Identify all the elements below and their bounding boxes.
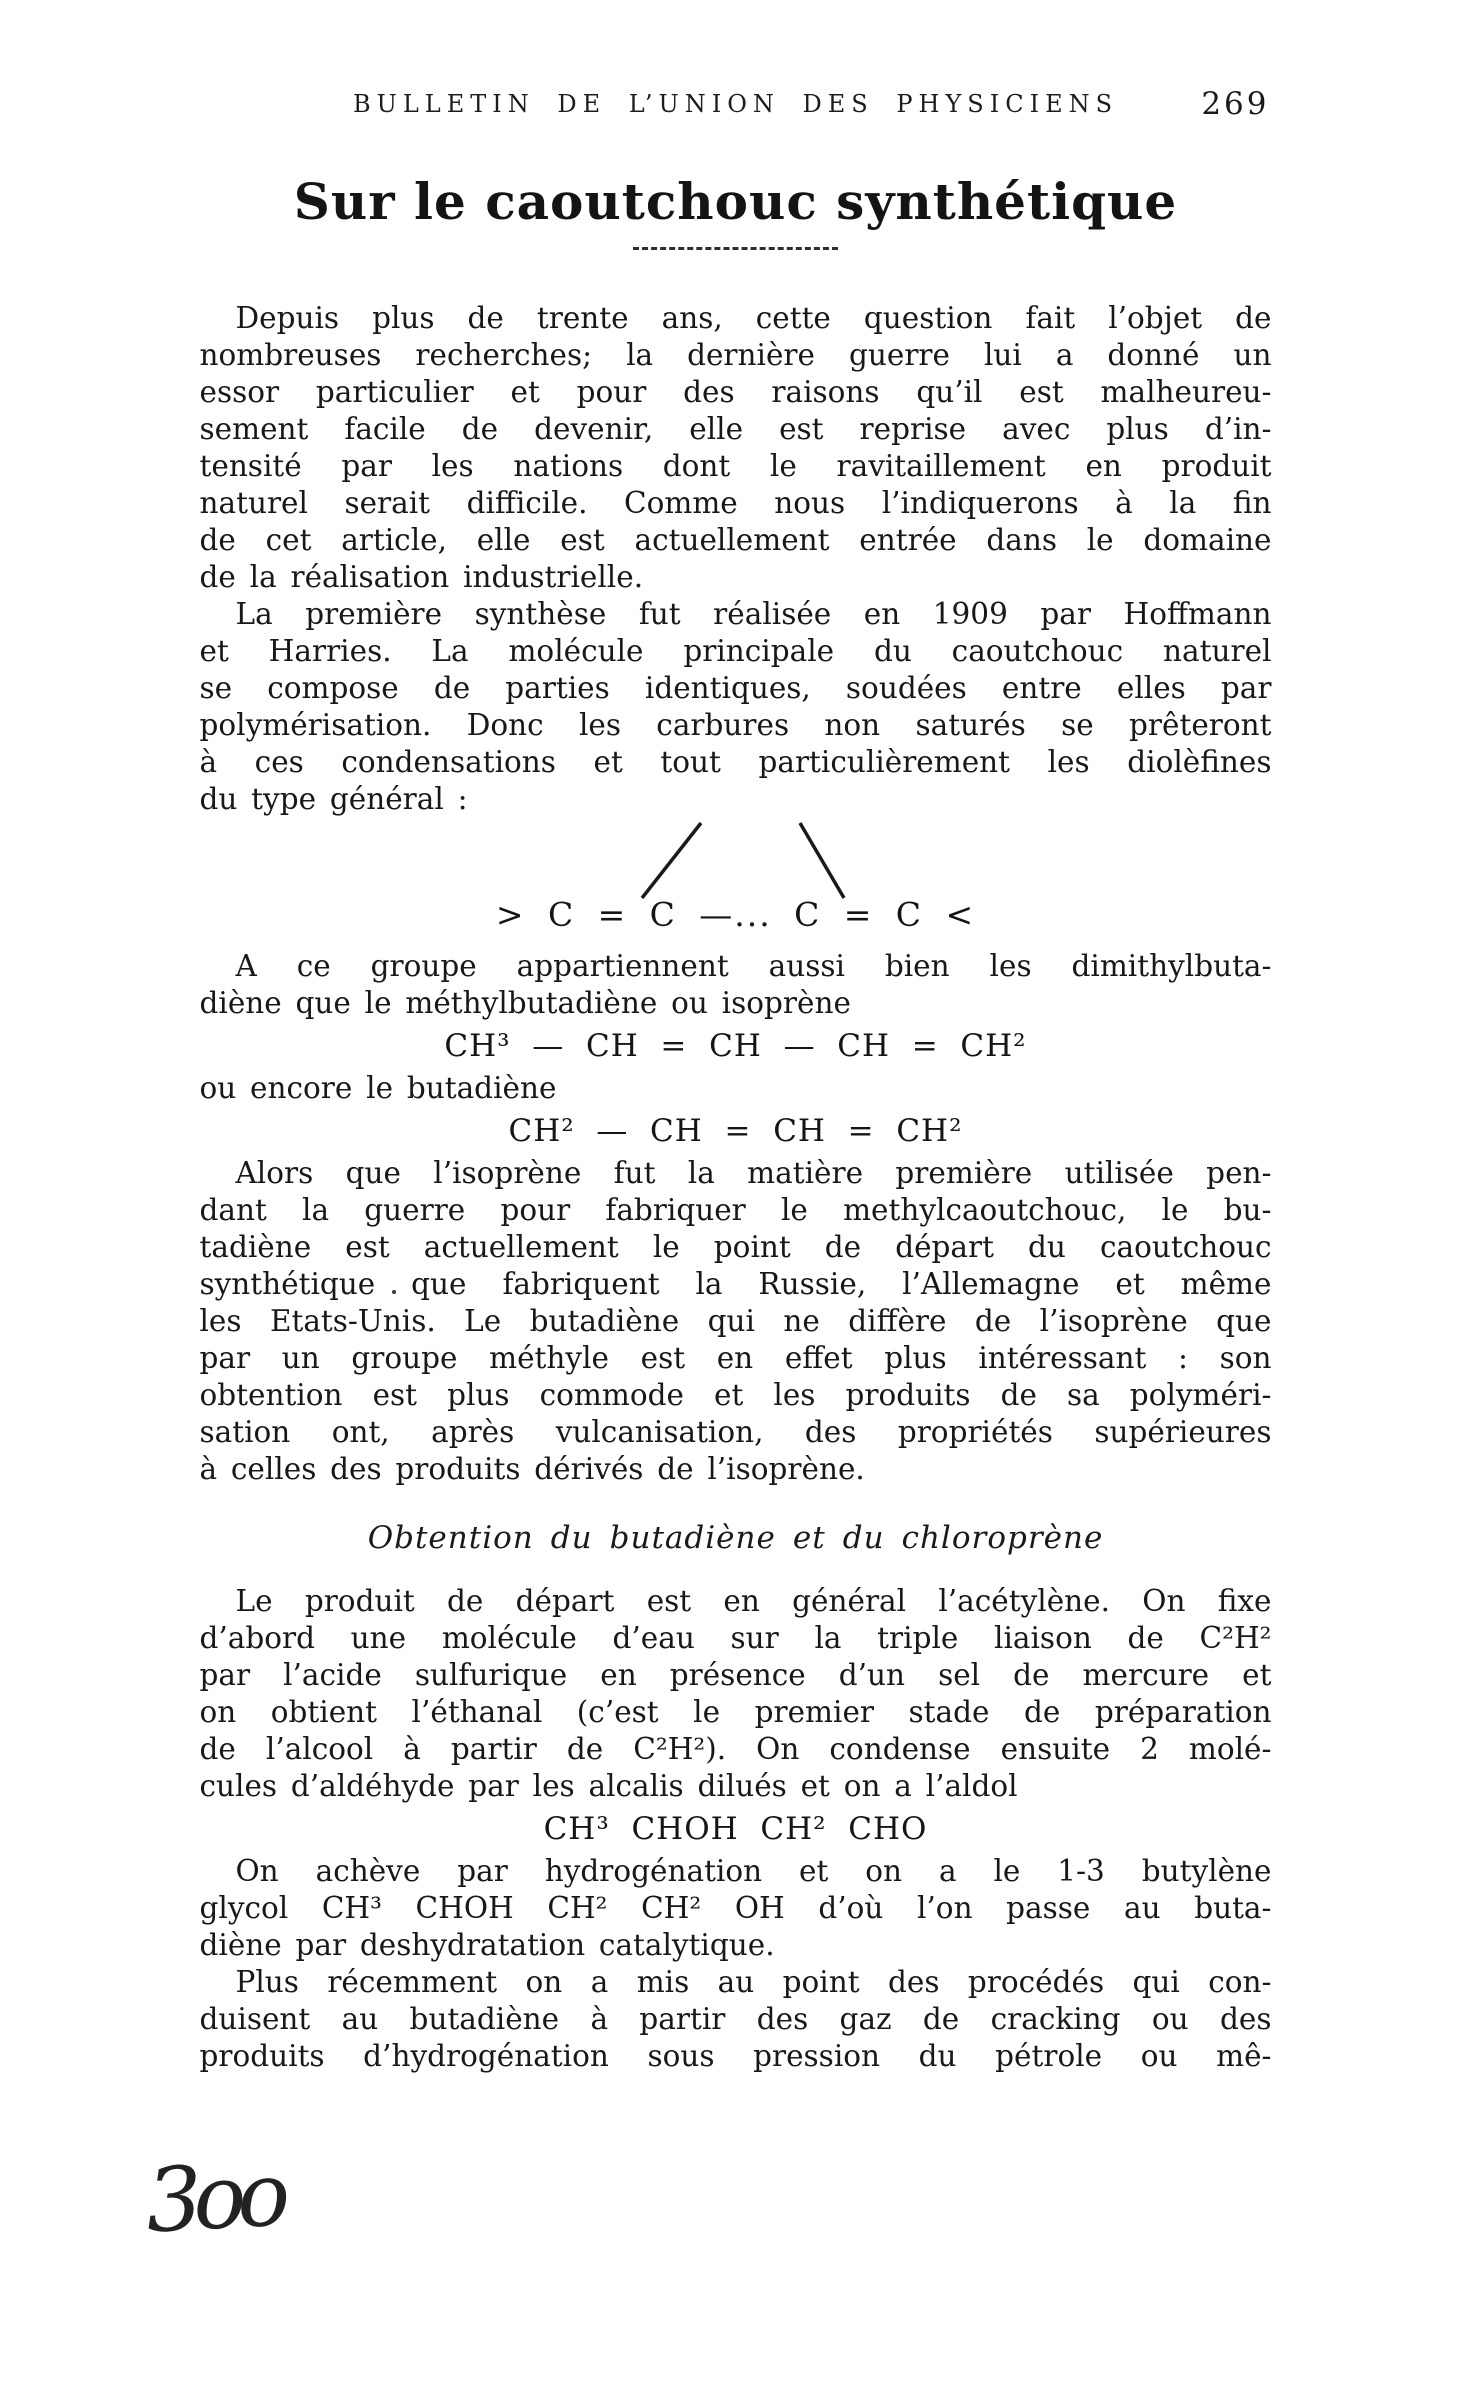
text-line: synthétique que fabriquent la Russie, l’…: [200, 1266, 1272, 1303]
text-line: Alors que l’isoprène fut la matière prem…: [200, 1155, 1272, 1192]
article-title: Sur le caoutchouc synthétique: [200, 172, 1272, 231]
text-line: duisent au butadiène à partir des gaz de…: [200, 2001, 1272, 2038]
page-number: 269: [1201, 86, 1269, 122]
text-line: diène que le méthylbutadiène ou isoprène: [200, 985, 1272, 1022]
text-line: du type général :: [200, 781, 1272, 818]
text-line: Le produit de départ est en général l’ac…: [200, 1583, 1272, 1620]
text-line: on obtient l’éthanal (c’est le premier s…: [200, 1694, 1272, 1731]
text-line: les Etats-Unis. Le butadiène qui ne diff…: [200, 1303, 1272, 1340]
paragraph-6: On achève par hydrogénation et on a le 1…: [200, 1853, 1272, 1964]
paragraph-4: Alors que l’isoprène fut la matière prem…: [200, 1155, 1272, 1488]
text-line: sation ont, après vulcanisation, des pro…: [200, 1414, 1272, 1451]
text-line: de cet article, elle est actuellement en…: [200, 522, 1272, 559]
text-line: diène par deshydratation catalytique.: [200, 1927, 1272, 1964]
text-line: à celles des produits dérivés de l’isopr…: [200, 1451, 1272, 1488]
formula-aldol: CH³ CHOH CH² CHO: [200, 1805, 1272, 1853]
text-line: obtention est plus commode et les produi…: [200, 1377, 1272, 1414]
page-content: BULLETIN DE L’UNION DES PHYSICIENS 269 S…: [200, 0, 1272, 2075]
text-line: de l’alcool à partir de C²H²). On conden…: [200, 1731, 1272, 1768]
text-line: nombreuses recherches; la dernière guerr…: [200, 337, 1272, 374]
paragraph-2: La première synthèse fut réalisée en 190…: [200, 596, 1272, 818]
text-line: par un groupe méthyle est en effet plus …: [200, 1340, 1272, 1377]
text-line: polymérisation. Donc les carbures non sa…: [200, 707, 1272, 744]
text-line: et Harries. La molécule principale du ca…: [200, 633, 1272, 670]
text-line: essor particulier et pour des raisons qu…: [200, 374, 1272, 411]
structural-formula: > C = C —... C = C <: [200, 820, 1272, 948]
text-line: ou encore le butadiène: [200, 1070, 1272, 1107]
text-line: tadiène est actuellement le point de dép…: [200, 1229, 1272, 1266]
paragraph-7: Plus récemment on a mis au point des pro…: [200, 1964, 1272, 2075]
structural-formula-text: > C = C —... C = C <: [200, 896, 1272, 933]
text-line: A ce groupe appartiennent aussi bien les…: [200, 948, 1272, 985]
text-line: de la réalisation industrielle.: [200, 559, 1272, 596]
text-line: produits d’hydrogénation sous pression d…: [200, 2038, 1272, 2075]
bond-diagonals-icon: [426, 820, 1046, 900]
handwritten-mark: 3oo: [143, 2143, 283, 2253]
text-line: par l’acide sulfurique en présence d’un …: [200, 1657, 1272, 1694]
text-line: dant la guerre pour fabriquer le methylc…: [200, 1192, 1272, 1229]
text-line: La première synthèse fut réalisée en 190…: [200, 596, 1272, 633]
text-line: se compose de parties identiques, soudée…: [200, 670, 1272, 707]
text-line: naturel serait difficile. Comme nous l’i…: [200, 485, 1272, 522]
text-line: d’abord une molécule d’eau sur la triple…: [200, 1620, 1272, 1657]
paragraph-5: Le produit de départ est en général l’ac…: [200, 1583, 1272, 1805]
paragraph-1: Depuis plus de trente ans, cette questio…: [200, 300, 1272, 596]
page-header: BULLETIN DE L’UNION DES PHYSICIENS 269: [200, 0, 1272, 118]
text-line: glycol CH³ CHOH CH² CH² OH d’où l’on pas…: [200, 1890, 1272, 1927]
paragraph-3: A ce groupe appartiennent aussi bien les…: [200, 948, 1272, 1022]
scanned-page: BULLETIN DE L’UNION DES PHYSICIENS 269 S…: [0, 0, 1471, 2396]
text-line: à ces condensations et tout particulière…: [200, 744, 1272, 781]
article-body: Depuis plus de trente ans, cette questio…: [200, 300, 1272, 2075]
paragraph-3b: ou encore le butadiène: [200, 1070, 1272, 1107]
section-heading: Obtention du butadiène et du chloroprène: [200, 1520, 1272, 1557]
text-line: On achève par hydrogénation et on a le 1…: [200, 1853, 1272, 1890]
text-line: sement facile de devenir, elle est repri…: [200, 411, 1272, 448]
text-line: Depuis plus de trente ans, cette questio…: [200, 300, 1272, 337]
title-rule: [633, 247, 838, 250]
text-line: tensité par les nations dont le ravitail…: [200, 448, 1272, 485]
journal-title: BULLETIN DE L’UNION DES PHYSICIENS: [353, 90, 1118, 118]
text-line: cules d’aldéhyde par les alcalis dilués …: [200, 1768, 1272, 1805]
formula-isoprene: CH³ — CH = CH — CH = CH²: [200, 1022, 1272, 1070]
text-line: Plus récemment on a mis au point des pro…: [200, 1964, 1272, 2001]
formula-butadiene: CH² — CH = CH = CH²: [200, 1107, 1272, 1155]
